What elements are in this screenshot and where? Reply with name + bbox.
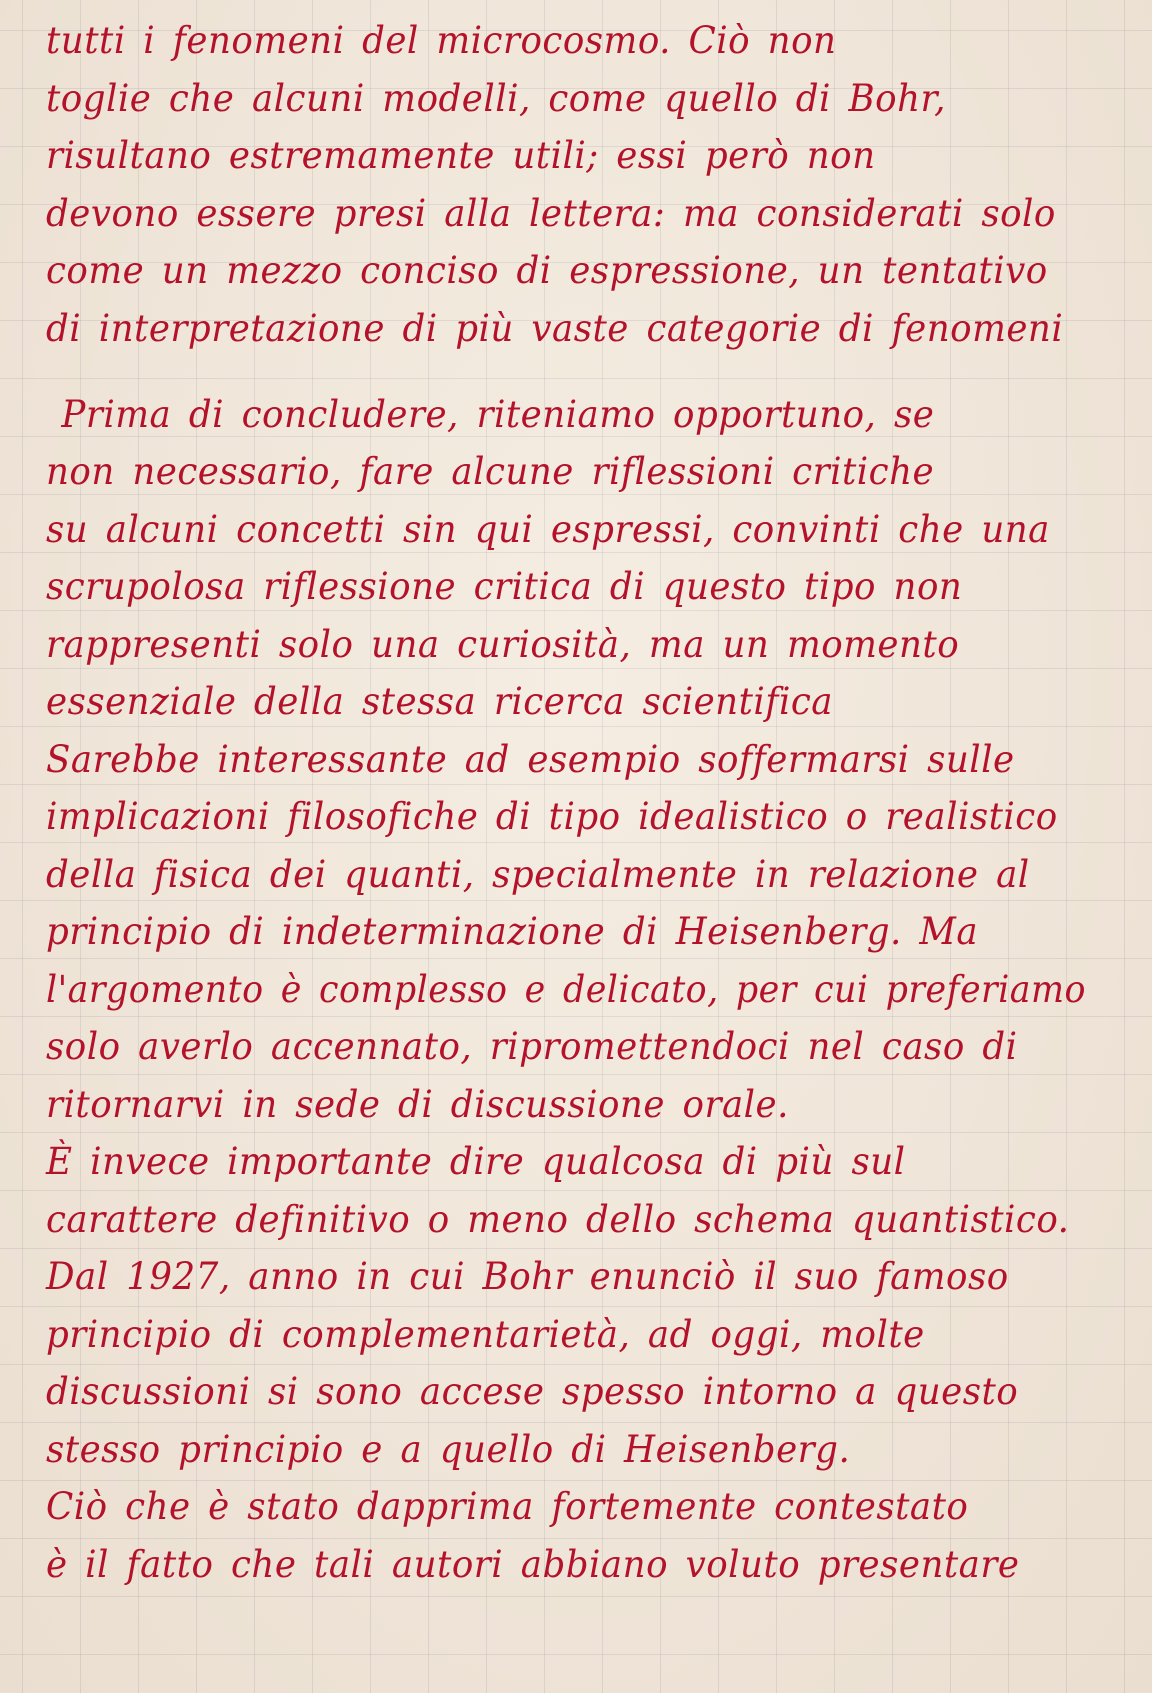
text-line: implicazioni filosofiche di tipo idealis… [46,788,1086,846]
text-line: Dal 1927, anno in cui Bohr enunciò il su… [46,1248,1086,1306]
text-line: tutti i fenomeni del microcosmo. Ciò non [46,12,1086,70]
text-line: di interpretazione di più vaste categori… [46,300,1086,386]
text-line: È invece importante dire qualcosa di più… [46,1133,1086,1191]
text-line: della fisica dei quanti, specialmente in… [46,846,1086,904]
text-line: Ciò che è stato dapprima fortemente cont… [46,1478,1086,1536]
text-line: non necessario, fare alcune riflessioni … [46,443,1086,501]
text-line: toglie che alcuni modelli, come quello d… [46,70,1086,128]
text-line: l'argomento è complesso e delicato, per … [46,961,1062,1019]
text-line: su alcuni concetti sin qui espressi, con… [46,501,1086,559]
text-line: risultano estremamente utili; essi però … [46,127,1086,185]
text-line: stesso principio e a quello di Heisenber… [46,1421,1086,1479]
text-line: Sarebbe interessante ad esempio sofferma… [46,731,1086,789]
handwritten-text: tutti i fenomeni del microcosmo. Ciò non… [46,12,1126,1593]
text-line: è il fatto che tali autori abbiano volut… [46,1536,1086,1594]
text-line: solo averlo accennato, ripromettendoci n… [46,1018,1086,1076]
text-line: ritornarvi in sede di discussione orale. [46,1076,1086,1134]
text-line: principio di indeterminazione di Heisenb… [46,903,1086,961]
text-line: devono essere presi alla lettera: ma con… [46,185,1086,243]
text-line: principio di complementarietà, ad oggi, … [46,1306,1086,1364]
text-line: essenziale della stessa ricerca scientif… [46,673,1086,731]
text-line: come un mezzo conciso di espressione, un… [46,242,1086,300]
notebook-page: tutti i fenomeni del microcosmo. Ciò non… [0,0,1152,1693]
text-line: discussioni si sono accese spesso intorn… [46,1363,1086,1421]
text-line: scrupolosa riflessione critica di questo… [46,558,1086,616]
text-line: carattere definitivo o meno dello schema… [46,1191,1086,1249]
text-line: rappresenti solo una curiosità, ma un mo… [46,616,1086,674]
text-line: Prima di concludere, riteniamo opportuno… [46,386,1086,444]
